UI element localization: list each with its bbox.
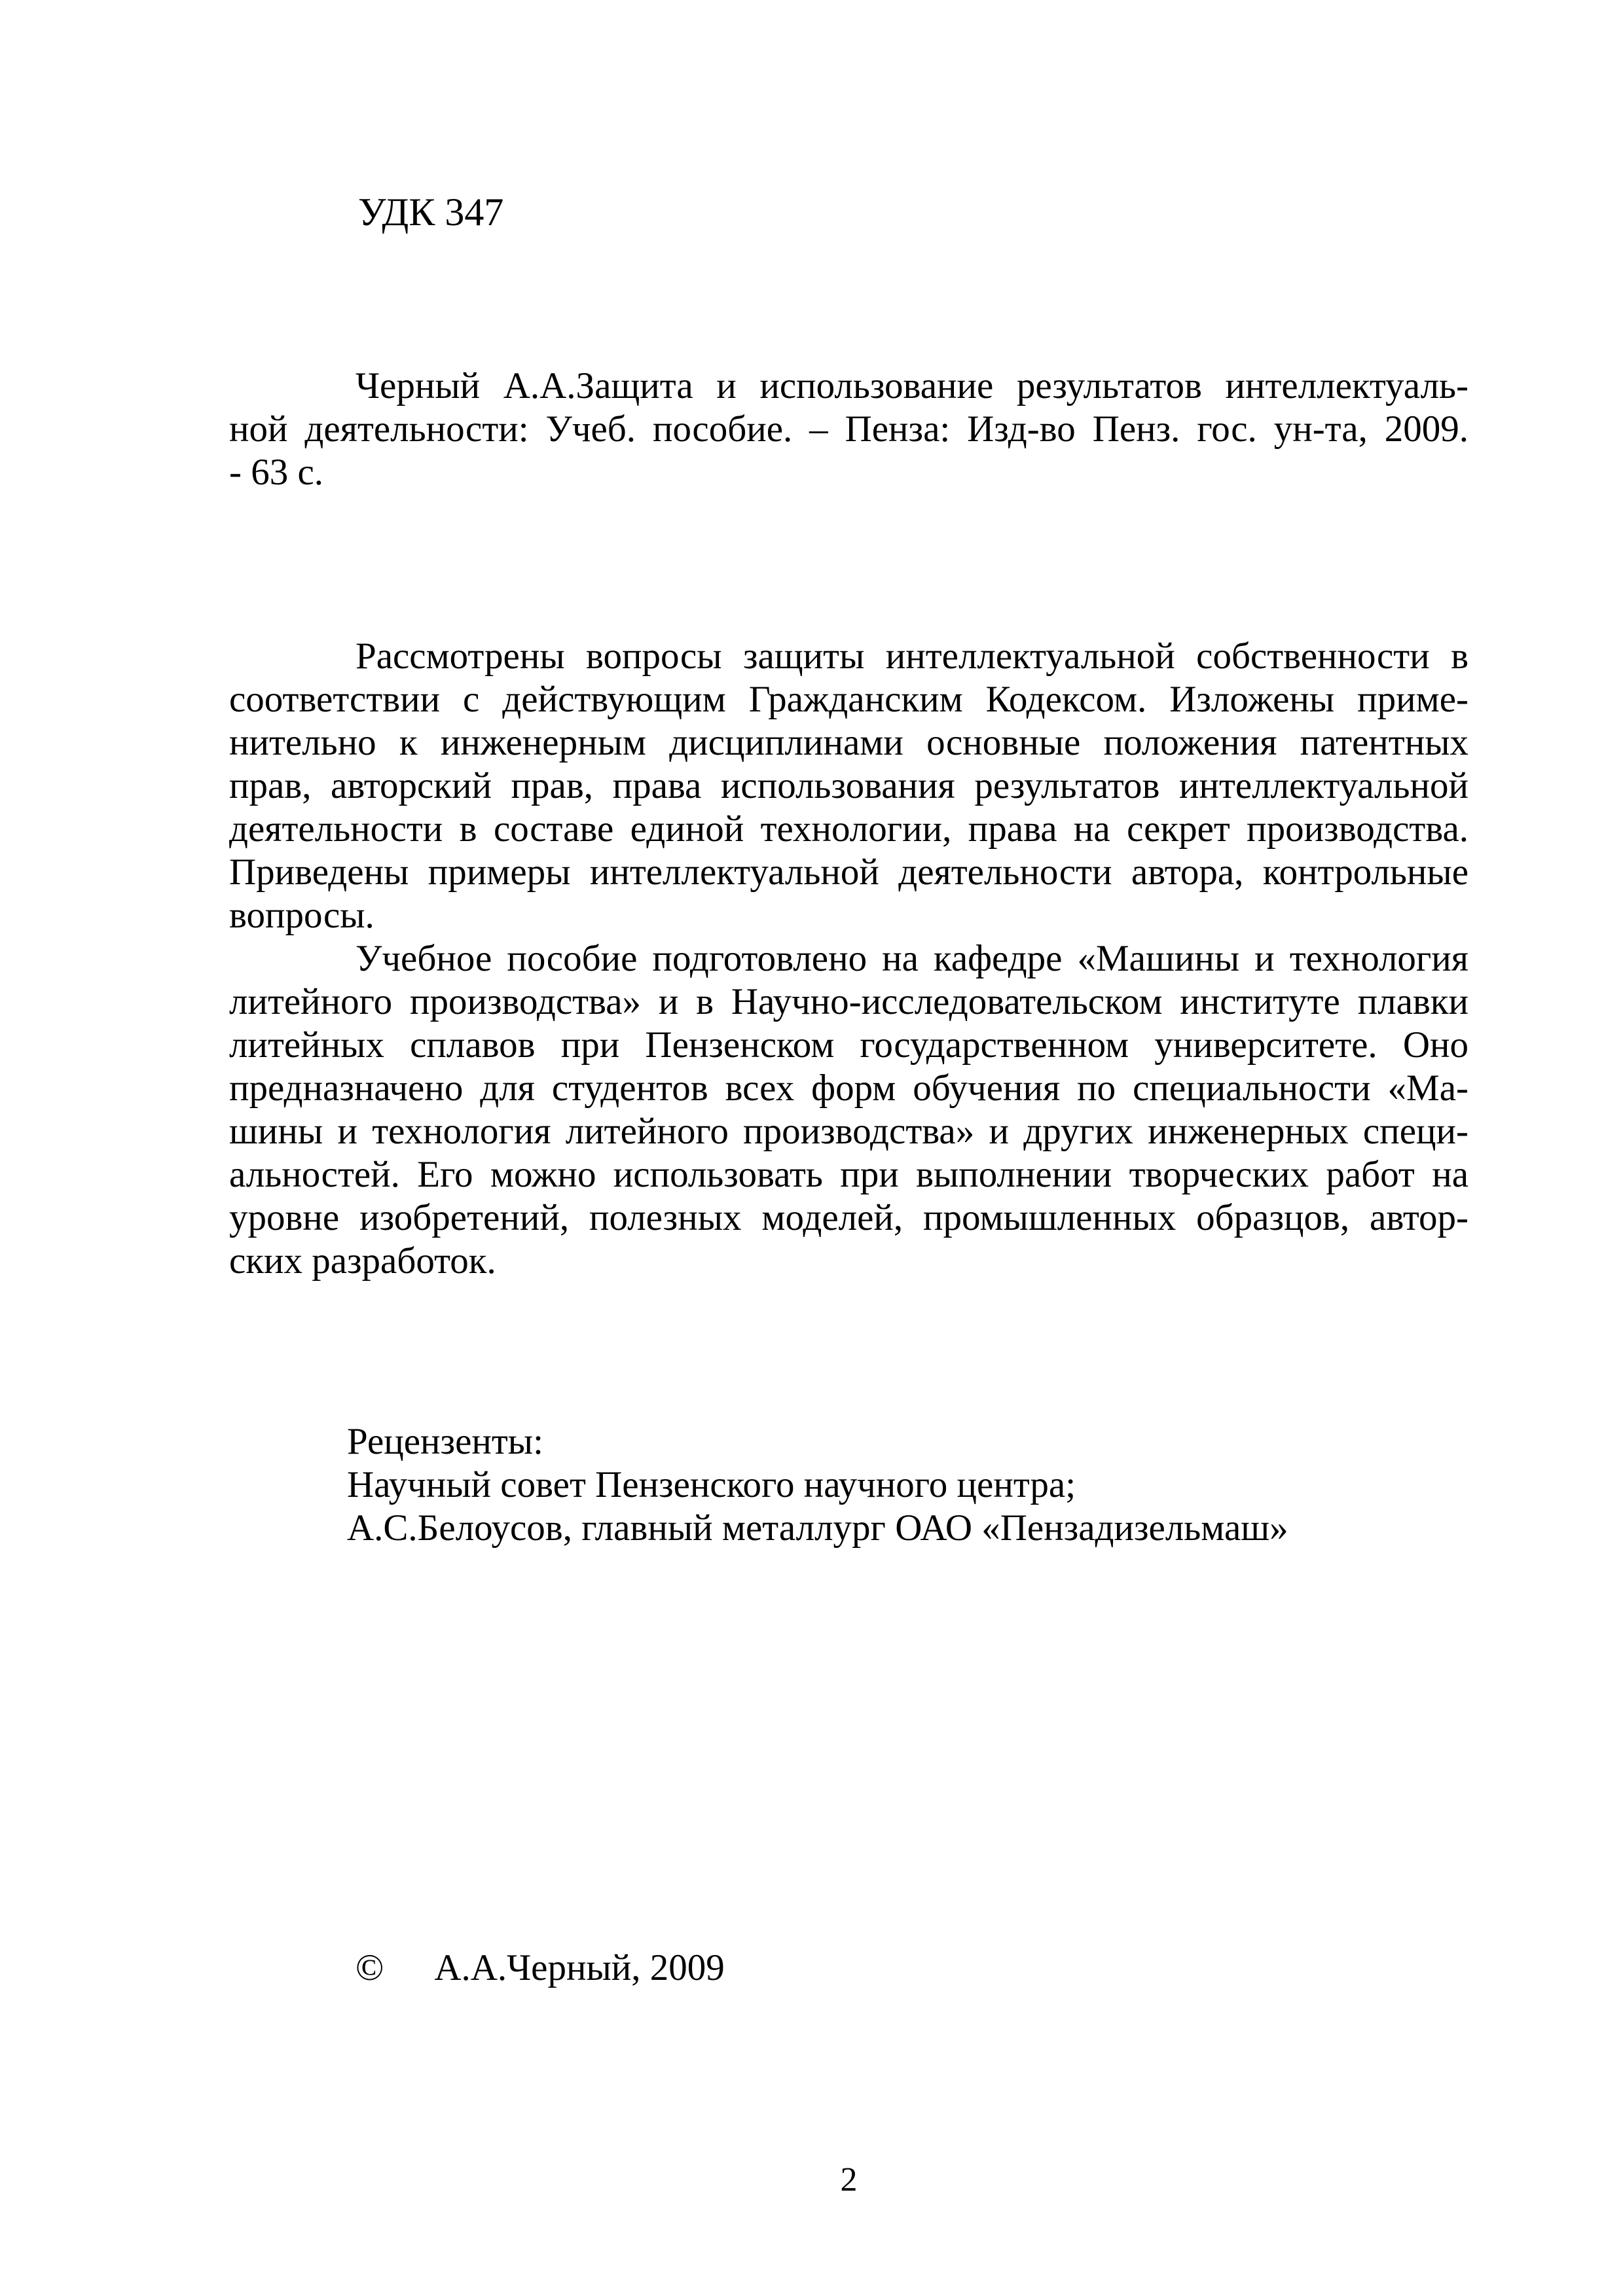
text-line: литейных сплавов при Пензенском государс… [229,1024,1468,1067]
citation-line: Черный А.А.Защита и использование резуль… [229,365,1468,408]
page-number: 2 [229,2159,1468,2202]
text-line: Учебное пособие подготовлено на кафедре … [229,937,1468,980]
citation-block: Черный А.А.Защита и использование резуль… [229,365,1468,494]
text-line: уровне изобретений, полезных моделей, пр… [229,1196,1468,1240]
citation-line: - 63 с. [229,451,1468,494]
text-line: предназначено для студентов всех форм об… [229,1067,1468,1110]
copyright-line: ©А.А.Черный, 2009 [356,1946,725,1990]
text-line: нительно к инженерным дисциплинами основ… [229,721,1468,764]
text-line: деятельности в составе единой технологии… [229,808,1468,851]
copyright-symbol: © [356,1947,384,1988]
text-line: шины и технология литейного производства… [229,1110,1468,1153]
reviewer-item: Научный совет Пензенского научного центр… [347,1463,1288,1507]
reviewers-block: Рецензенты: Научный совет Пензенского на… [347,1420,1288,1550]
udk-code: УДК 347 [358,190,503,234]
copyright-text: А.А.Черный, 2009 [434,1947,724,1988]
document-page: УДК 347 Черный А.А.Защита и использовани… [0,0,1623,2296]
abstract-paragraph-2: Учебное пособие подготовлено на кафедре … [229,937,1468,1283]
abstract-paragraph-1: Рассмотрены вопросы защиты интеллектуаль… [229,635,1468,937]
text-line: прав, авторский прав, права использовани… [229,764,1468,808]
text-line: Рассмотрены вопросы защиты интеллектуаль… [229,635,1468,678]
text-line: ских разработок. [229,1240,1468,1283]
text-line: вопросы. [229,894,1468,937]
text-line: соответствии с действующим Гражданским К… [229,678,1468,721]
text-line: альностей. Его можно использовать при вы… [229,1153,1468,1196]
citation-line: ной деятельности: Учеб. пособие. – Пенза… [229,408,1468,451]
reviewers-heading: Рецензенты: [347,1420,1288,1463]
text-line: Приведены примеры интеллектуальной деяте… [229,851,1468,894]
text-line: литейного производства» и в Научно-иссле… [229,980,1468,1024]
reviewer-item: А.С.Белоусов, главный металлург ОАО «Пен… [347,1507,1288,1550]
